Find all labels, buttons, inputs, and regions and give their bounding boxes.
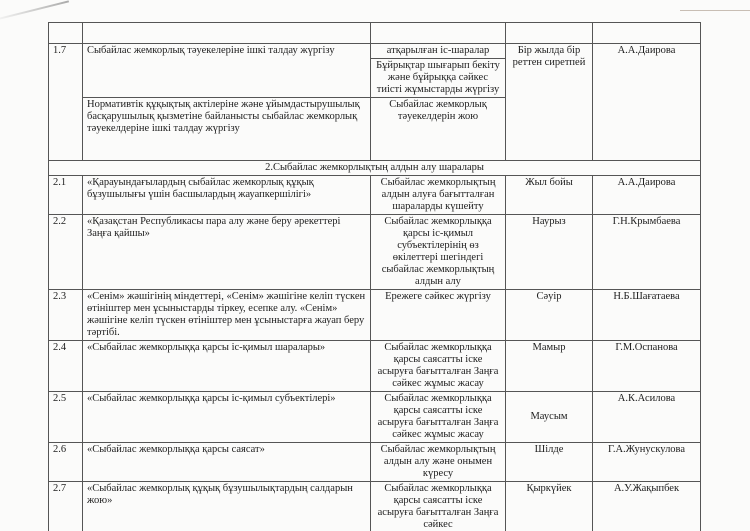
section-header-row: 2.Сыбайлас жемкорлықтың алдын алу шарала…	[49, 161, 701, 176]
row-responsible: А.А.Даирова	[593, 44, 701, 161]
row-description: «Сыбайлас жемкорлыққа қарсы іс-қимыл шар…	[83, 341, 371, 392]
row-description: «Сыбайлас жемкорлыққа қарсы саясат»	[83, 443, 371, 482]
table-row: 2.1 «Қарауындағылардың сыбайлас жемкорлы…	[49, 176, 701, 215]
row-timing: Шілде	[506, 443, 593, 482]
cell-activity	[371, 23, 506, 44]
row-description: «Сыбайлас жемкорлық құқық бұзушылықтарды…	[83, 482, 371, 531]
section-title: 2.Сыбайлас жемкорлықтың алдын алу шарала…	[49, 161, 701, 176]
row-number: 2.5	[49, 392, 83, 443]
row-activity: Сыбайлас жемкорлыққа қарсы саясатты іске…	[371, 482, 506, 531]
row-number: 2.7	[49, 482, 83, 531]
row-timing: Наурыз	[506, 215, 593, 290]
scan-shadow	[680, 10, 750, 11]
row-activity: атқарылған іс-шаралар	[371, 44, 506, 59]
table-row: 2.6 «Сыбайлас жемкорлыққа қарсы саясат» …	[49, 443, 701, 482]
table-row: 2.2 «Қазақстан Республикасы пара алу жән…	[49, 215, 701, 290]
row-description: «Сыбайлас жемкорлыққа қарсы іс-қимыл суб…	[83, 392, 371, 443]
table-row: 2.7 «Сыбайлас жемкорлық құқық бұзушылықт…	[49, 482, 701, 531]
row-description: «Сенім» жәшігінің міндеттері, «Сенім» жә…	[83, 290, 371, 341]
row-responsible: А.У.Жақыпбек	[593, 482, 701, 531]
row-responsible: Г.М.Оспанова	[593, 341, 701, 392]
row-activity: Ережеге сәйкес жүргізу	[371, 290, 506, 341]
row-activity: Сыбайлас жемкорлықтың алдын алу және оны…	[371, 443, 506, 482]
cell-timing	[506, 23, 593, 44]
row-number: 1.7	[49, 44, 83, 161]
table-row: 2.4 «Сыбайлас жемкорлыққа қарсы іс-қимыл…	[49, 341, 701, 392]
table-row: 2.3 «Сенім» жәшігінің міндеттері, «Сенім…	[49, 290, 701, 341]
cell-responsible	[593, 23, 701, 44]
row-timing: Қыркүйек	[506, 482, 593, 531]
row-responsible: А.А.Даирова	[593, 176, 701, 215]
row-responsible: Н.Б.Шағатаева	[593, 290, 701, 341]
row-activity: Бұйрықтар шығарып бекіту және бұйрыққа с…	[371, 59, 506, 98]
row-description: «Қазақстан Республикасы пара алу және бе…	[83, 215, 371, 290]
row-description: Нормативтік құқықтық актілеріне және ұйы…	[83, 98, 371, 161]
table-row: 1.7 Сыбайлас жемкорлық тәуекелеріне ішкі…	[49, 44, 701, 59]
table-row	[49, 23, 701, 44]
row-description: Сыбайлас жемкорлық тәуекелеріне ішкі тал…	[83, 44, 371, 98]
scan-shadow	[0, 0, 69, 21]
row-number: 2.6	[49, 443, 83, 482]
row-responsible: Г.А.Жунускулова	[593, 443, 701, 482]
cell-desc	[83, 23, 371, 44]
row-number: 2.4	[49, 341, 83, 392]
row-timing: Бір жылда бір реттен сиретпей	[506, 44, 593, 161]
row-activity: Сыбайлас жемкорлықтың алдын алуға бағытт…	[371, 176, 506, 215]
row-number: 2.1	[49, 176, 83, 215]
row-responsible: Г.Н.Крымбаева	[593, 215, 701, 290]
action-plan-table: 1.7 Сыбайлас жемкорлық тәуекелеріне ішкі…	[48, 22, 701, 531]
row-number: 2.3	[49, 290, 83, 341]
row-activity: Сыбайлас жемкорлық тәуекелдерін жою	[371, 98, 506, 161]
row-activity: Сыбайлас жемкорлыққа қарсы іс-қимыл субъ…	[371, 215, 506, 290]
row-activity: Сыбайлас жемкорлыққа қарсы саясатты іске…	[371, 341, 506, 392]
row-timing: Жыл бойы	[506, 176, 593, 215]
row-responsible: А.К.Асилова	[593, 392, 701, 443]
row-activity: Сыбайлас жемкорлыққа қарсы саясатты іске…	[371, 392, 506, 443]
row-timing: Мамыр	[506, 341, 593, 392]
row-timing: Маусым	[506, 392, 593, 443]
cell-num	[49, 23, 83, 44]
table-row: 2.5 «Сыбайлас жемкорлыққа қарсы іс-қимыл…	[49, 392, 701, 443]
row-timing: Сәуір	[506, 290, 593, 341]
row-description: «Қарауындағылардың сыбайлас жемкорлық құ…	[83, 176, 371, 215]
row-number: 2.2	[49, 215, 83, 290]
